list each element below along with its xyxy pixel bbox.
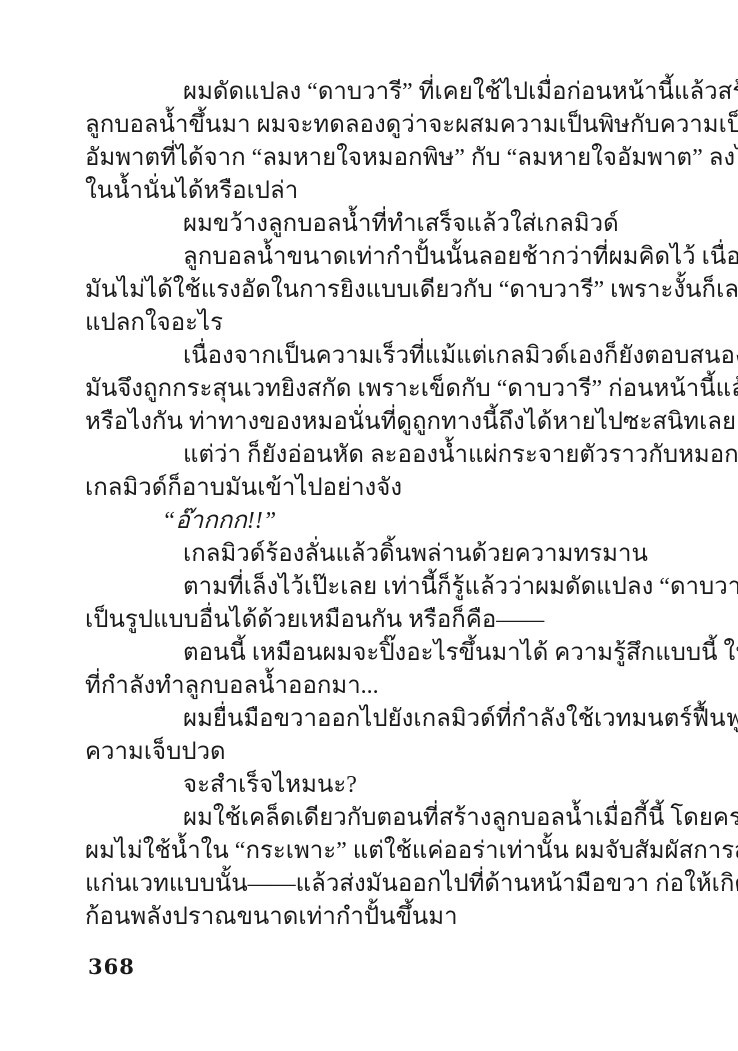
text-line: ลูกบอลน้ำขึ้นมา ผมจะทดลองดูว่าจะผสมความเ… xyxy=(85,109,657,142)
text-line: อัมพาตที่ได้จาก “ลมหายใจหมอกพิษ” กับ “ลม… xyxy=(85,142,657,175)
text-line: แก่นเวทแบบนั้น——แล้วส่งมันออกไปที่ด้านหน… xyxy=(85,868,657,901)
book-page: ผมดัดแปลง “ดาบวารี” ที่เคยใช้ไปเมื่อก่อน… xyxy=(0,0,738,1051)
text-line: ผมยื่นมือขวาออกไปยังเกลมิวด์ที่กำลังใช้เ… xyxy=(85,703,657,736)
text-line: ผมขว้างลูกบอลน้ำที่ทำเสร็จแล้วใส่เกลมิวด… xyxy=(85,208,657,241)
text-line: แต่ว่า ก็ยังอ่อนหัด ละอองน้ำแผ่กระจายตัว… xyxy=(85,439,657,472)
text-line: ตอนนี้ เหมือนผมจะปิ๊งอะไรขึ้นมาได้ ความร… xyxy=(85,637,657,670)
page-text: ผมดัดแปลง “ดาบวารี” ที่เคยใช้ไปเมื่อก่อน… xyxy=(85,76,657,934)
text-line: ที่กำลังทำลูกบอลน้ำออกมา... xyxy=(85,670,657,703)
text-line: ลูกบอลน้ำขนาดเท่ากำปั้นนั้นลอยช้ากว่าที่… xyxy=(85,241,657,274)
text-line: ก้อนพลังปราณขนาดเท่ากำปั้นขึ้นมา xyxy=(85,901,657,934)
page-number: 368 xyxy=(88,954,135,979)
text-line: ความเจ็บปวด xyxy=(85,736,657,769)
text-line: เป็นรูปแบบอื่นได้ด้วยเหมือนกัน หรือก็คือ… xyxy=(85,604,657,637)
text-line: ผมดัดแปลง “ดาบวารี” ที่เคยใช้ไปเมื่อก่อน… xyxy=(85,76,657,109)
text-line: มันไม่ได้ใช้แรงอัดในการยิงแบบเดียวกับ “ด… xyxy=(85,274,657,307)
text-line: หรือไงกัน ท่าทางของหมอนั่นที่ดูถูกทางนี้… xyxy=(85,406,657,439)
text-line: เนื่องจากเป็นความเร็วที่แม้แต่เกลมิวด์เอ… xyxy=(85,340,657,373)
text-line: เกลมิวด์ก็อาบมันเข้าไปอย่างจัง xyxy=(85,472,657,505)
text-line: เกลมิวด์ร้องลั่นแล้วดิ้นพล่านด้วยความทรม… xyxy=(85,538,657,571)
text-line: แปลกใจอะไร xyxy=(85,307,657,340)
text-line: ผมไม่ใช้น้ำใน “กระเพาะ” แต่ใช้แค่ออร่าเท… xyxy=(85,835,657,868)
text-line: มันจึงถูกกระสุนเวทยิงสกัด เพราะเข็ดกับ “… xyxy=(85,373,657,406)
text-line: ในน้ำนั่นได้หรือเปล่า xyxy=(85,175,657,208)
text-line: ตามที่เล็งไว้เป๊ะเลย เท่านี้ก็รู้แล้วว่า… xyxy=(85,571,657,604)
text-line: “อ๊ากกก!!” xyxy=(85,505,657,538)
text-line: จะสำเร็จไหมนะ? xyxy=(85,769,657,802)
text-line: ผมใช้เคล็ดเดียวกับตอนที่สร้างลูกบอลน้ำเม… xyxy=(85,802,657,835)
